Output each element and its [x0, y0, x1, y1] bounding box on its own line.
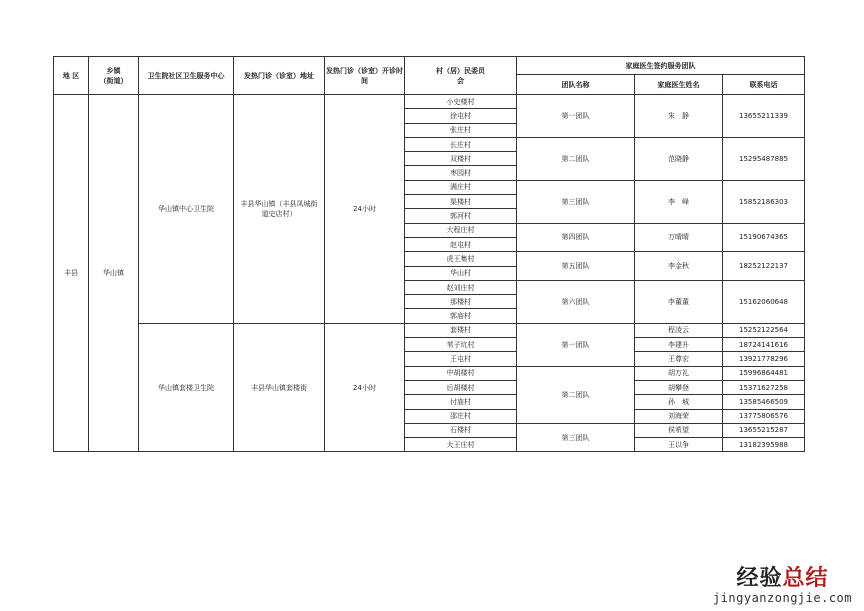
doctor-name-cell: 王以争	[635, 438, 723, 452]
header-region: 地 区	[54, 57, 89, 95]
watermark-url: jingyanzongjie.com	[713, 591, 852, 605]
phone-cell: 15371627258	[723, 380, 805, 394]
village-cell: 付庙村	[405, 395, 517, 409]
table-row: 丰县华山镇华山镇中心卫生院丰县华山镇（丰县凤城街道史店村）24小时小史楼村第一团…	[54, 95, 805, 109]
phone-cell: 13585466509	[723, 395, 805, 409]
health-center-cell: 华山镇套楼卫生院	[139, 323, 234, 452]
phone-cell: 13921778296	[723, 352, 805, 366]
village-cell: 王屯村	[405, 352, 517, 366]
phone-cell: 18724141616	[723, 338, 805, 352]
team-name-cell: 第一团队	[517, 95, 635, 138]
village-cell: 长庄村	[405, 137, 517, 151]
team-name-cell: 第三团队	[517, 180, 635, 223]
village-cell: 郭河村	[405, 209, 517, 223]
village-cell: 满庄村	[405, 180, 517, 194]
village-cell: 石楼村	[405, 423, 517, 437]
fever-clinic-hours-cell: 24小时	[325, 95, 405, 324]
phone-cell: 13182395988	[723, 438, 805, 452]
header-doctor-name: 家庭医生姓名	[635, 75, 723, 95]
header-service-team-group: 家庭医生签约服务团队	[517, 57, 805, 75]
doctor-name-cell: 胡攀登	[635, 380, 723, 394]
village-cell: 枣园村	[405, 166, 517, 180]
fever-clinic-address-cell: 丰县华山镇（丰县凤城街道史店村）	[234, 95, 325, 324]
village-cell: 套楼村	[405, 323, 517, 337]
doctor-name-cell: 孙 城	[635, 395, 723, 409]
village-cell: 后胡楼村	[405, 380, 517, 394]
region-cell: 丰县	[54, 95, 89, 452]
doctor-name-cell: 程凌云	[635, 323, 723, 337]
phone-cell: 13655211339	[723, 95, 805, 138]
phone-cell: 15252122564	[723, 323, 805, 337]
fever-clinic-address-cell: 丰县华山镇套楼街	[234, 323, 325, 452]
team-name-cell: 第五团队	[517, 252, 635, 281]
phone-cell: 15190674365	[723, 223, 805, 252]
watermark-part2: 总结	[782, 566, 828, 591]
doctor-name-cell: 李 峰	[635, 180, 723, 223]
table-body: 丰县华山镇华山镇中心卫生院丰县华山镇（丰县凤城街道史店村）24小时小史楼村第一团…	[54, 95, 805, 452]
village-cell: 徐屯村	[405, 109, 517, 123]
village-cell: 赵刘庄村	[405, 280, 517, 294]
village-cell: 张庄村	[405, 123, 517, 137]
phone-cell: 13775806576	[723, 409, 805, 423]
doctor-name-cell: 李金秋	[635, 252, 723, 281]
team-name-cell: 第二团队	[517, 137, 635, 180]
watermark-logo-text: 经验总结	[713, 567, 852, 591]
phone-cell: 18252122137	[723, 252, 805, 281]
doctor-name-cell: 李建升	[635, 338, 723, 352]
family-doctor-service-table: 地 区 乡镇 （街道） 卫生院社区卫生服务中心 发热门诊（诊室）地址 发热门诊（…	[53, 56, 805, 452]
village-cell: 中胡楼村	[405, 366, 517, 380]
fever-clinic-hours-cell: 24小时	[325, 323, 405, 452]
village-cell: 大王庄村	[405, 438, 517, 452]
phone-cell: 15852186303	[723, 180, 805, 223]
header-team-name: 团队名称	[517, 75, 635, 95]
village-cell: 赵屯村	[405, 237, 517, 251]
doctor-name-cell: 李董董	[635, 280, 723, 323]
team-name-cell: 第三团队	[517, 423, 635, 452]
team-name-cell: 第六团队	[517, 280, 635, 323]
watermark: 经验总结 jingyanzongjie.com	[713, 567, 852, 605]
header-township: 乡镇 （街道）	[89, 57, 139, 95]
phone-cell: 15295487885	[723, 137, 805, 180]
doctor-name-cell: 范晓静	[635, 137, 723, 180]
township-cell: 华山镇	[89, 95, 139, 452]
doctor-name-cell: 刘海荣	[635, 409, 723, 423]
header-fever-clinic-hours: 发热门诊（诊室）开诊时间	[325, 57, 405, 95]
team-name-cell: 第一团队	[517, 323, 635, 366]
doctor-name-cell: 胡万礼	[635, 366, 723, 380]
table-row: 华山镇套楼卫生院丰县华山镇套楼街24小时套楼村第一团队程凌云1525212256…	[54, 323, 805, 337]
phone-cell: 15162060648	[723, 280, 805, 323]
watermark-part1: 经验	[736, 566, 782, 591]
village-cell: 那楼村	[405, 295, 517, 309]
village-cell: 双楼村	[405, 152, 517, 166]
village-cell: 大程庄村	[405, 223, 517, 237]
doctor-name-cell: 万晴晴	[635, 223, 723, 252]
team-name-cell: 第四团队	[517, 223, 635, 252]
header-fever-clinic-address: 发热门诊（诊室）地址	[234, 57, 325, 95]
header-phone: 联系电话	[723, 75, 805, 95]
doctor-name-cell: 王尊宏	[635, 352, 723, 366]
header-health-center: 卫生院社区卫生服务中心	[139, 57, 234, 95]
village-cell: 小史楼村	[405, 95, 517, 109]
village-cell: 华山村	[405, 266, 517, 280]
village-cell: 邵庄村	[405, 409, 517, 423]
team-name-cell: 第二团队	[517, 366, 635, 423]
health-center-cell: 华山镇中心卫生院	[139, 95, 234, 324]
village-cell: 郭庙村	[405, 309, 517, 323]
doctor-name-cell: 朱 静	[635, 95, 723, 138]
phone-cell: 15996864481	[723, 366, 805, 380]
village-cell: 虎王集村	[405, 252, 517, 266]
village-cell: 渠楼村	[405, 195, 517, 209]
phone-cell: 13655215287	[723, 423, 805, 437]
header-village: 村（居）民委员会	[405, 57, 517, 95]
village-cell: 苇子坑村	[405, 338, 517, 352]
doctor-name-cell: 侯希望	[635, 423, 723, 437]
